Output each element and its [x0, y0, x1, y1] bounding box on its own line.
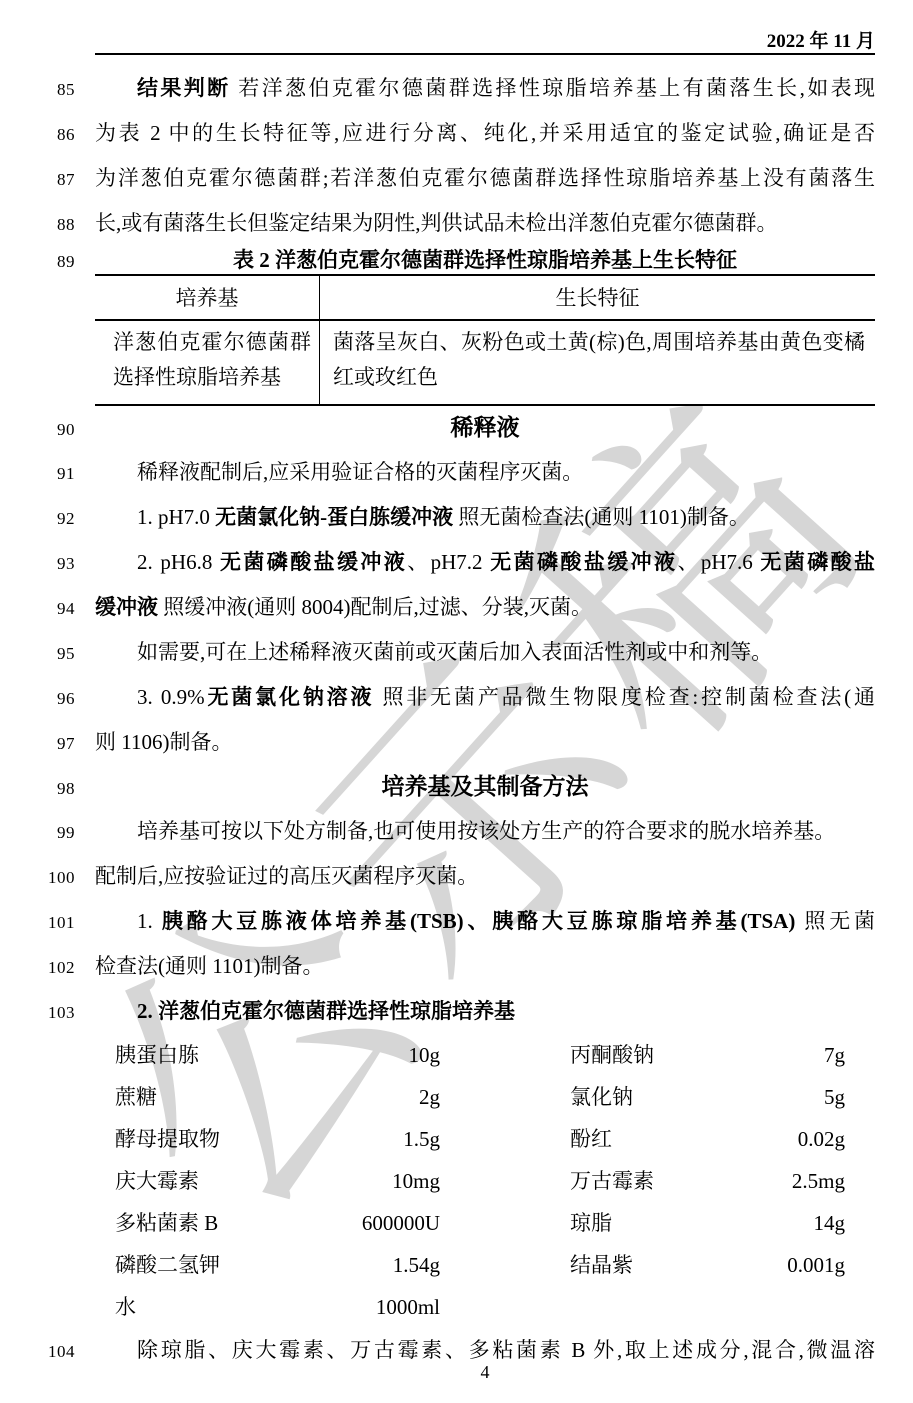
ingredient-name: 胰蛋白胨 — [115, 1034, 340, 1076]
line-number: 98 — [0, 767, 75, 811]
ingredient-row: 庆大霉素10mg万古霉素2.5mg — [0, 1160, 913, 1202]
ingredient-amount: 10mg — [340, 1160, 440, 1202]
text-line-row-97: 97则 1106)制备。 — [0, 720, 913, 765]
ingredient-columns: 胰蛋白胨10g丙酮酸钠7g — [95, 1034, 875, 1076]
text-line-row-96: 963. 0.9%无菌氯化钠溶液 照非无菌产品微生物限度检查:控制菌检查法(通 — [0, 675, 913, 720]
text-line: 检查法(通则 1101)制备。 — [95, 944, 875, 989]
column-gap — [440, 1160, 570, 1202]
text-line-row-88: 88长,或有菌落生长但鉴定结果为阴性,判供试品未检出洋葱伯克霍尔德菌群。 — [0, 201, 913, 246]
text-line-row-102: 102检查法(通则 1101)制备。 — [0, 944, 913, 989]
line-number: 95 — [0, 631, 75, 676]
ingredient-name: 水 — [115, 1286, 340, 1328]
ingredient-name: 多粘菌素 B — [115, 1202, 340, 1244]
line-number: 86 — [0, 112, 75, 157]
line-number: 89 — [0, 248, 75, 276]
text-line: 为表 2 中的生长特征等,应进行分离、纯化,并采用适宜的鉴定试验,确证是否 — [95, 111, 875, 156]
ingredient-name: 氯化钠 — [570, 1076, 725, 1118]
text-line-row-99: 99培养基可按以下处方制备,也可使用按该处方生产的符合要求的脱水培养基。 — [0, 809, 913, 854]
text-line: 则 1106)制备。 — [95, 720, 875, 765]
text-line: 2. 洋葱伯克霍尔德菌群选择性琼脂培养基 — [95, 989, 875, 1034]
line-number: 101 — [0, 900, 75, 945]
ingredient-amount: 1.5g — [340, 1118, 440, 1160]
ingredient-name: 丙酮酸钠 — [570, 1034, 725, 1076]
line-number: 88 — [0, 202, 75, 247]
ingredient-amount: 5g — [725, 1076, 845, 1118]
text-segment: 长,或有菌落生长但鉴定结果为阴性,判供试品未检出洋葱伯克霍尔德菌群。 — [95, 211, 778, 235]
line-number: 91 — [0, 451, 75, 496]
ingredient-name: 磷酸二氢钾 — [115, 1244, 340, 1286]
bold-term: 胰酪大豆胨液体培养基(TSB)、胰酪大豆胨琼脂培养基(TSA) — [162, 909, 795, 933]
section-heading-row-98: 98培养基及其制备方法 — [0, 765, 913, 809]
ingredient-row: 酵母提取物1.5g酚红0.02g — [0, 1118, 913, 1160]
text-line-row-85: 85结果判断 若洋葱伯克霍尔德菌群选择性琼脂培养基上有菌落生长,如表现 — [0, 66, 913, 111]
ingredient-amount: 600000U — [340, 1202, 440, 1244]
ingredient-columns: 庆大霉素10mg万古霉素2.5mg — [95, 1160, 875, 1202]
column-gap — [440, 1034, 570, 1076]
text-segment: 照缓冲液(通则 8004)配制后,过滤、分装,灭菌。 — [158, 595, 592, 619]
line-number: 87 — [0, 157, 75, 202]
line-number: 93 — [0, 541, 75, 586]
table-header-row: 培养基生长特征 — [95, 276, 875, 321]
line-number: 100 — [0, 855, 75, 900]
line-number: 92 — [0, 496, 75, 541]
ingredient-row: 蔗糖2g氯化钠5g — [0, 1076, 913, 1118]
ingredient-amount: 10g — [340, 1034, 440, 1076]
text-segment: 照无菌 — [795, 909, 875, 933]
bold-term: 无菌氯化钠-蛋白胨缓冲液 — [215, 505, 453, 529]
text-line: 3. 0.9%无菌氯化钠溶液 照非无菌产品微生物限度检查:控制菌检查法(通 — [95, 675, 875, 720]
page-header: 2022 年 11 月 — [95, 0, 875, 55]
ingredient-amount: 0.02g — [725, 1118, 845, 1160]
page-number: 4 — [95, 1362, 875, 1383]
text-segment: 除琼脂、庆大霉素、万古霉素、多粘菌素 B 外,取上述成分,混合,微温溶 — [137, 1338, 875, 1362]
table-header-cell: 培养基 — [95, 276, 320, 319]
ingredient-name: 酵母提取物 — [115, 1118, 340, 1160]
text-segment: 照无菌检查法(通则 1101)制备。 — [453, 505, 750, 529]
text-segment: 如需要,可在上述稀释液灭菌前或灭菌后加入表面活性剂或中和剂等。 — [137, 640, 772, 664]
text-line: 培养基可按以下处方制备,也可使用按该处方生产的符合要求的脱水培养基。 — [95, 809, 875, 854]
text-line-row-87: 87为洋葱伯克霍尔德菌群;若洋葱伯克霍尔德菌群选择性琼脂培养基上没有菌落生 — [0, 156, 913, 201]
line-number: 90 — [0, 408, 75, 452]
text-segment: 配制后,应按验证过的高压灭菌程序灭菌。 — [95, 864, 478, 888]
header-date: 2022 年 11 月 — [767, 31, 875, 52]
ingredient-name: 结晶紫 — [570, 1244, 725, 1286]
text-segment: 为洋葱伯克霍尔德菌群;若洋葱伯克霍尔德菌群选择性琼脂培养基上没有菌落生 — [95, 166, 875, 190]
column-gap — [440, 1202, 570, 1244]
text-line-row-93: 932. pH6.8 无菌磷酸盐缓冲液、pH7.2 无菌磷酸盐缓冲液、pH7.6… — [0, 540, 913, 585]
text-line: 缓冲液 照缓冲液(通则 8004)配制后,过滤、分装,灭菌。 — [95, 585, 875, 630]
text-line: 长,或有菌落生长但鉴定结果为阴性,判供试品未检出洋葱伯克霍尔德菌群。 — [95, 201, 875, 246]
ingredient-columns: 酵母提取物1.5g酚红0.02g — [95, 1118, 875, 1160]
ingredient-name — [570, 1286, 725, 1328]
text-line-row-86: 86为表 2 中的生长特征等,应进行分离、纯化,并采用适宜的鉴定试验,确证是否 — [0, 111, 913, 156]
text-segment: 则 1106)制备。 — [95, 730, 232, 754]
column-gap — [440, 1244, 570, 1286]
ingredient-amount: 14g — [725, 1202, 845, 1244]
growth-characteristics-table: 培养基生长特征洋葱伯克霍尔德菌群选择性琼脂培养基菌落呈灰白、灰粉色或土黄(棕)色… — [95, 274, 875, 406]
section-heading: 稀释液 — [95, 406, 875, 450]
text-segment: 照非无菌产品微生物限度检查:控制菌检查法(通 — [374, 685, 875, 709]
line-number: 104 — [0, 1329, 75, 1374]
bold-term: 无菌磷酸盐缓冲液 — [490, 550, 677, 574]
text-line: 稀释液配制后,应采用验证合格的灭菌程序灭菌。 — [95, 450, 875, 495]
text-segment: 培养基可按以下处方制备,也可使用按该处方生产的符合要求的脱水培养基。 — [137, 819, 835, 843]
text-line-row-92: 921. pH7.0 无菌氯化钠-蛋白胨缓冲液 照无菌检查法(通则 1101)制… — [0, 495, 913, 540]
ingredient-amount: 7g — [725, 1034, 845, 1076]
text-segment: 稀释液配制后,应采用验证合格的灭菌程序灭菌。 — [137, 460, 583, 484]
table-title-row-89: 89表 2 洋葱伯克霍尔德菌群选择性琼脂培养基上生长特征 — [0, 246, 913, 274]
bold-term: 无菌磷酸盐缓冲液 — [220, 550, 407, 574]
column-gap — [440, 1076, 570, 1118]
text-line: 为洋葱伯克霍尔德菌群;若洋葱伯克霍尔德菌群选择性琼脂培养基上没有菌落生 — [95, 156, 875, 201]
table-cell: 菌落呈灰白、灰粉色或土黄(棕)色,周围培养基由黄色变橘红或玫红色 — [320, 321, 875, 404]
ingredient-amount: 1.54g — [340, 1244, 440, 1286]
bold-term: 2. 洋葱伯克霍尔德菌群选择性琼脂培养基 — [137, 999, 515, 1023]
text-line: 配制后,应按验证过的高压灭菌程序灭菌。 — [95, 854, 875, 899]
text-line: 1. 胰酪大豆胨液体培养基(TSB)、胰酪大豆胨琼脂培养基(TSA) 照无菌 — [95, 899, 875, 944]
bold-term: 无菌磷酸盐 — [760, 550, 875, 574]
text-line: 2. pH6.8 无菌磷酸盐缓冲液、pH7.2 无菌磷酸盐缓冲液、pH7.6 无… — [95, 540, 875, 585]
text-segment: 1. — [137, 909, 162, 933]
section-heading-row-90: 90稀释液 — [0, 406, 913, 450]
ingredient-name: 琼脂 — [570, 1202, 725, 1244]
ingredient-columns: 水1000ml — [95, 1286, 875, 1328]
ingredient-name: 庆大霉素 — [115, 1160, 340, 1202]
ingredient-amount: 2.5mg — [725, 1160, 845, 1202]
ingredient-amount: 1000ml — [340, 1286, 440, 1328]
line-number: 97 — [0, 721, 75, 766]
table-title: 表 2 洋葱伯克霍尔德菌群选择性琼脂培养基上生长特征 — [95, 246, 875, 274]
text-line-row-101: 1011. 胰酪大豆胨液体培养基(TSB)、胰酪大豆胨琼脂培养基(TSA) 照无… — [0, 899, 913, 944]
bold-term: 无菌氯化钠溶液 — [205, 685, 375, 709]
line-number: 99 — [0, 810, 75, 855]
text-segment: 、pH7.6 — [677, 550, 760, 574]
bold-term: 结果判断 — [137, 76, 231, 100]
text-segment: 、pH7.2 — [407, 550, 490, 574]
text-line-row-94: 94缓冲液 照缓冲液(通则 8004)配制后,过滤、分装,灭菌。 — [0, 585, 913, 630]
document-page: 公示稿 2022 年 11 月 85结果判断 若洋葱伯克霍尔德菌群选择性琼脂培养… — [0, 0, 913, 1403]
ingredient-name: 蔗糖 — [115, 1076, 340, 1118]
table-header-cell: 生长特征 — [320, 276, 875, 319]
text-segment: 1. pH7.0 — [137, 505, 215, 529]
line-number: 103 — [0, 990, 75, 1035]
ingredient-name: 酚红 — [570, 1118, 725, 1160]
document-body: 85结果判断 若洋葱伯克霍尔德菌群选择性琼脂培养基上有菌落生长,如表现86为表 … — [0, 56, 913, 1373]
text-segment: 3. 0.9% — [137, 685, 205, 709]
ingredient-columns: 磷酸二氢钾1.54g结晶紫0.001g — [95, 1244, 875, 1286]
table-row: 洋葱伯克霍尔德菌群选择性琼脂培养基菌落呈灰白、灰粉色或土黄(棕)色,周围培养基由… — [95, 321, 875, 404]
ingredient-name: 万古霉素 — [570, 1160, 725, 1202]
text-line-row-91: 91稀释液配制后,应采用验证合格的灭菌程序灭菌。 — [0, 450, 913, 495]
ingredient-row: 多粘菌素 B600000U琼脂14g — [0, 1202, 913, 1244]
line-number: 96 — [0, 676, 75, 721]
text-line-row-103: 1032. 洋葱伯克霍尔德菌群选择性琼脂培养基 — [0, 989, 913, 1034]
text-segment: 2. pH6.8 — [137, 550, 220, 574]
bold-term: 缓冲液 — [95, 595, 158, 619]
text-segment: 检查法(通则 1101)制备。 — [95, 954, 323, 978]
ingredient-row: 胰蛋白胨10g丙酮酸钠7g — [0, 1034, 913, 1076]
ingredient-columns: 多粘菌素 B600000U琼脂14g — [95, 1202, 875, 1244]
line-number: 94 — [0, 586, 75, 631]
table-cell: 洋葱伯克霍尔德菌群选择性琼脂培养基 — [95, 321, 320, 404]
text-line-row-95: 95如需要,可在上述稀释液灭菌前或灭菌后加入表面活性剂或中和剂等。 — [0, 630, 913, 675]
line-number: 102 — [0, 945, 75, 990]
column-gap — [440, 1118, 570, 1160]
ingredient-amount: 2g — [340, 1076, 440, 1118]
text-line: 结果判断 若洋葱伯克霍尔德菌群选择性琼脂培养基上有菌落生长,如表现 — [95, 66, 875, 111]
ingredient-row: 水1000ml — [0, 1286, 913, 1328]
ingredient-amount: 0.001g — [725, 1244, 845, 1286]
text-line-row-100: 100配制后,应按验证过的高压灭菌程序灭菌。 — [0, 854, 913, 899]
section-heading: 培养基及其制备方法 — [95, 765, 875, 809]
ingredient-columns: 蔗糖2g氯化钠5g — [95, 1076, 875, 1118]
text-segment: 若洋葱伯克霍尔德菌群选择性琼脂培养基上有菌落生长,如表现 — [231, 76, 875, 100]
text-line: 如需要,可在上述稀释液灭菌前或灭菌后加入表面活性剂或中和剂等。 — [95, 630, 875, 675]
text-segment: 为表 2 中的生长特征等,应进行分离、纯化,并采用适宜的鉴定试验,确证是否 — [95, 121, 875, 145]
line-number: 85 — [0, 67, 75, 112]
column-gap — [440, 1286, 570, 1328]
text-line: 1. pH7.0 无菌氯化钠-蛋白胨缓冲液 照无菌检查法(通则 1101)制备。 — [95, 495, 875, 540]
ingredient-amount — [725, 1286, 845, 1328]
ingredient-row: 磷酸二氢钾1.54g结晶紫0.001g — [0, 1244, 913, 1286]
